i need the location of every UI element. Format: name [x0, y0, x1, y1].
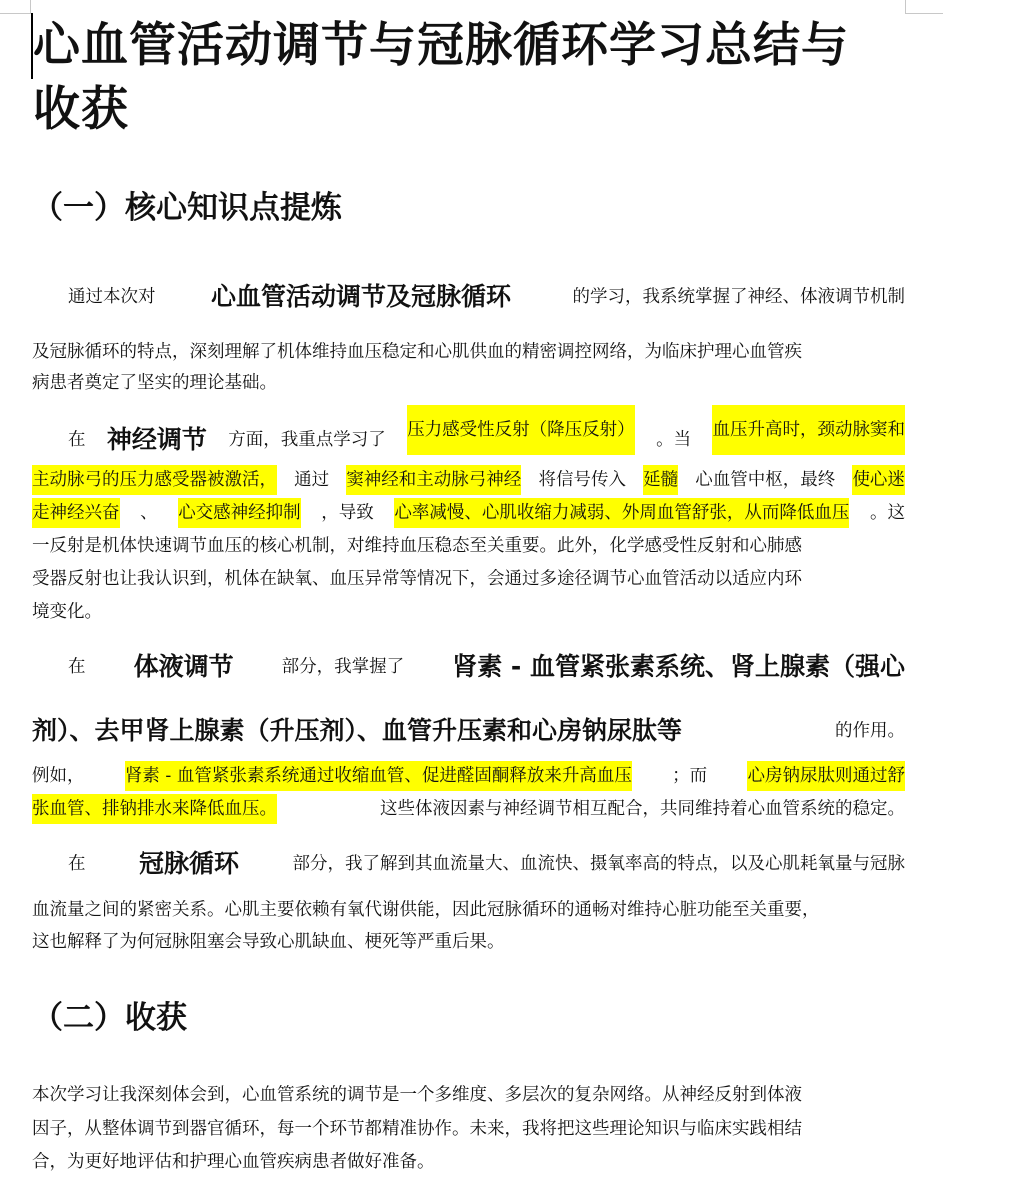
text-line: 病患者奠定了坚实的理论基础。 [32, 368, 905, 398]
text-line: 例如， 肾素 - 血管紧张素系统通过收缩血管、促进醛固酮释放来升高血压 ；而 心… [32, 761, 905, 791]
bold-keyword: 心血管活动调节及冠脉循环 [211, 282, 511, 312]
highlighted-text: 心房钠尿肽则通过舒 [747, 761, 905, 791]
text-line: 在 冠脉循环 部分，我了解到其血流量大、血流快、摄氧率高的特点，以及心肌耗氧量与… [68, 845, 905, 879]
text-line: 合，为更好地评估和护理心血管疾病患者做好准备。 [32, 1147, 905, 1177]
text-line: 主动脉弓的压力感受器被激活， 通过 窦神经和主动脉弓神经 将信号传入 延髓 心血… [32, 465, 905, 495]
text-run: 心血管中枢，最终 [695, 465, 835, 495]
page-corner-mark-left [0, 0, 31, 14]
text-run: 通过本次对 [68, 282, 156, 312]
page-corner-mark-right [905, 0, 943, 14]
text-line: 剂）、去甲肾上腺素（升压剂）、血管升压素和心房钠尿肽等 的作用。 [32, 708, 905, 746]
text-run: 部分，我了解到其血流量大、血流快、摄氧率高的特点，以及心肌耗氧量与冠脉 [292, 849, 905, 879]
text-run: 将信号传入 [538, 465, 626, 495]
text-line: 及冠脉循环的特点，深刻理解了机体维持血压稳定和心肌供血的精密调控网络，为临床护理… [32, 337, 905, 367]
document-title[interactable]: 心血管活动调节与冠脉循环学习总结与 收获 [33, 14, 933, 142]
highlighted-text: 压力感受性反射（降压反射） [407, 405, 635, 455]
text-line: 受器反射也让我认识到，机体在缺氧、血压异常等情况下，会通过多途径调节心血管活动以… [32, 564, 905, 594]
text-run: 。当 [656, 425, 691, 455]
highlighted-text: 走神经兴奋 [32, 498, 120, 528]
text-run: 部分，我掌握了 [282, 652, 405, 682]
highlighted-text: 心率减慢、心肌收缩力减弱、外周血管舒张，从而降低血压 [394, 498, 849, 528]
text-run: 的作用。 [835, 716, 905, 746]
highlighted-text: 张血管、排钠排水来降低血压。 [32, 794, 277, 824]
bold-keyword: 剂）、去甲肾上腺素（升压剂）、血管升压素和心房钠尿肽等 [32, 716, 682, 746]
highlighted-text: 窦神经和主动脉弓神经 [346, 465, 521, 495]
text-line: 血流量之间的紧密关系。心肌主要依赖有氧代谢供能，因此冠脉循环的通畅对维持心脏功能… [32, 895, 905, 925]
bold-keyword: 冠脉循环 [139, 849, 239, 879]
highlighted-text: 肾素 - 血管紧张素系统通过收缩血管、促进醛固酮释放来升高血压 [125, 761, 632, 791]
text-run: 。这 [870, 498, 905, 528]
text-line: 一反射是机体快速调节血压的核心机制，对维持血压稳态至关重要。此外，化学感受性反射… [32, 531, 905, 561]
bold-keyword: 肾素 - 血管紧张素系统、肾上腺素（强心 [452, 652, 905, 682]
text-run: 通过 [294, 465, 329, 495]
text-run: 这些体液因素与神经调节相互配合，共同维持着心血管系统的稳定。 [380, 794, 905, 824]
text-line: 本次学习让我深刻体会到，心血管系统的调节是一个多维度、多层次的复杂网络。从神经反… [32, 1080, 905, 1110]
text-run: ，导致 [321, 498, 374, 528]
text-run: ；而 [672, 761, 707, 791]
bold-keyword: 体液调节 [134, 652, 234, 682]
highlighted-text: 血压升高时，颈动脉窦和 [712, 405, 905, 455]
text-run: 在 [68, 425, 86, 455]
bold-keyword: 神经调节 [107, 425, 207, 455]
text-line: 这也解释了为何冠脉阻塞会导致心肌缺血、梗死等严重后果。 [32, 927, 905, 957]
text-line: 境变化。 [32, 597, 905, 627]
text-run: 方面，我重点学习了 [228, 425, 386, 455]
highlighted-text: 使心迷 [852, 465, 905, 495]
title-line-1: 心血管活动调节与冠脉循环学习总结与 [33, 14, 933, 78]
highlighted-text: 主动脉弓的压力感受器被激活， [32, 465, 277, 495]
text-line: 在 体液调节 部分，我掌握了 肾素 - 血管紧张素系统、肾上腺素（强心 [68, 646, 905, 682]
highlighted-text: 延髓 [643, 465, 678, 495]
text-line: 因子，从整体调节到器官循环，每一个环节都精准协作。未来，我将把这些理论知识与临床… [32, 1114, 905, 1144]
highlighted-text: 心交感神经抑制 [178, 498, 301, 528]
text-line: 走神经兴奋 、 心交感神经抑制 ，导致 心率减慢、心肌收缩力减弱、外周血管舒张，… [32, 498, 905, 528]
text-run: 例如， [32, 761, 85, 791]
text-run: 在 [68, 849, 86, 879]
text-line: 张血管、排钠排水来降低血压。 这些体液因素与神经调节相互配合，共同维持着心血管系… [32, 794, 905, 824]
text-run: 的学习，我系统掌握了神经、体液调节机制 [572, 282, 905, 312]
text-line: 通过本次对 心血管活动调节及冠脉循环 的学习，我系统掌握了神经、体液调节机制 [68, 282, 905, 312]
section-heading-gains[interactable]: （二）收获 [32, 996, 187, 1040]
text-line: 在 神经调节 方面，我重点学习了 压力感受性反射（降压反射） 。当 血压升高时，… [68, 419, 905, 455]
text-run: 在 [68, 652, 86, 682]
text-run: 、 [140, 498, 158, 528]
section-heading-core-knowledge[interactable]: （一）核心知识点提炼 [32, 186, 342, 230]
title-line-2: 收获 [33, 78, 933, 142]
